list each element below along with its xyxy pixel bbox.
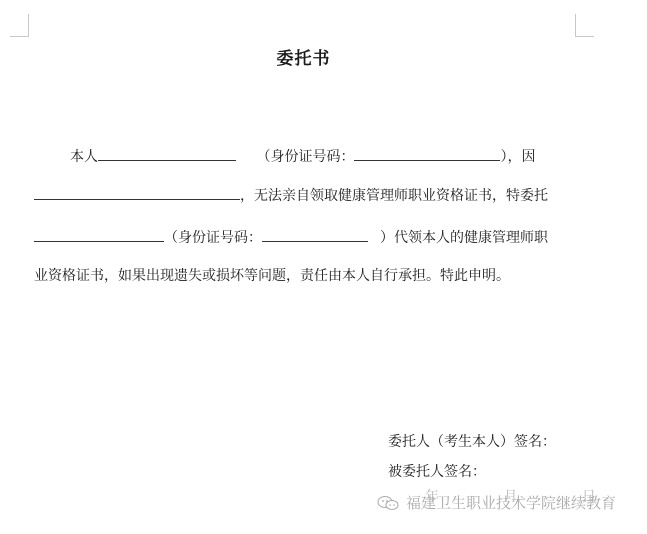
page-corner-mark-right	[575, 14, 594, 37]
text-line2: ，无法亲自领取健康管理师职业资格证书，特委托	[240, 188, 548, 204]
text-benren: 本人	[70, 149, 98, 165]
id-label: （身份证号码：	[256, 149, 354, 165]
text-line3: ）代领本人的健康管理师职	[380, 230, 548, 246]
agent-signature-label: 被委托人签名：	[388, 461, 486, 481]
document-title: 委托书	[0, 44, 607, 69]
paragraph-line-3: （身份证号码：）代领本人的健康管理师职	[34, 227, 548, 247]
paragraph-line-2: ，无法亲自领取健康管理师职业资格证书，特委托	[34, 185, 548, 205]
page-corner-mark-left	[10, 14, 29, 37]
principal-signature-label: 委托人（考生本人）签名：	[388, 431, 556, 451]
paragraph-line-1: 本人 （身份证号码：），因	[70, 146, 535, 166]
watermark: 福建卫生职业技术学院继续教育	[376, 492, 616, 513]
wechat-icon	[376, 495, 400, 511]
agent-id-label: （身份证号码：	[164, 230, 262, 246]
agent-id-blank[interactable]	[262, 227, 368, 242]
reason-blank[interactable]	[34, 185, 240, 200]
id-number-blank[interactable]	[354, 146, 500, 161]
name-blank[interactable]	[98, 146, 236, 161]
text-yin: ），因	[500, 149, 535, 165]
agent-name-blank[interactable]	[34, 227, 164, 242]
paragraph-line-4: 业资格证书，如果出现遗失或损坏等问题，责任由本人自行承担。特此申明。	[34, 266, 510, 286]
watermark-text: 福建卫生职业技术学院继续教育	[406, 492, 616, 513]
